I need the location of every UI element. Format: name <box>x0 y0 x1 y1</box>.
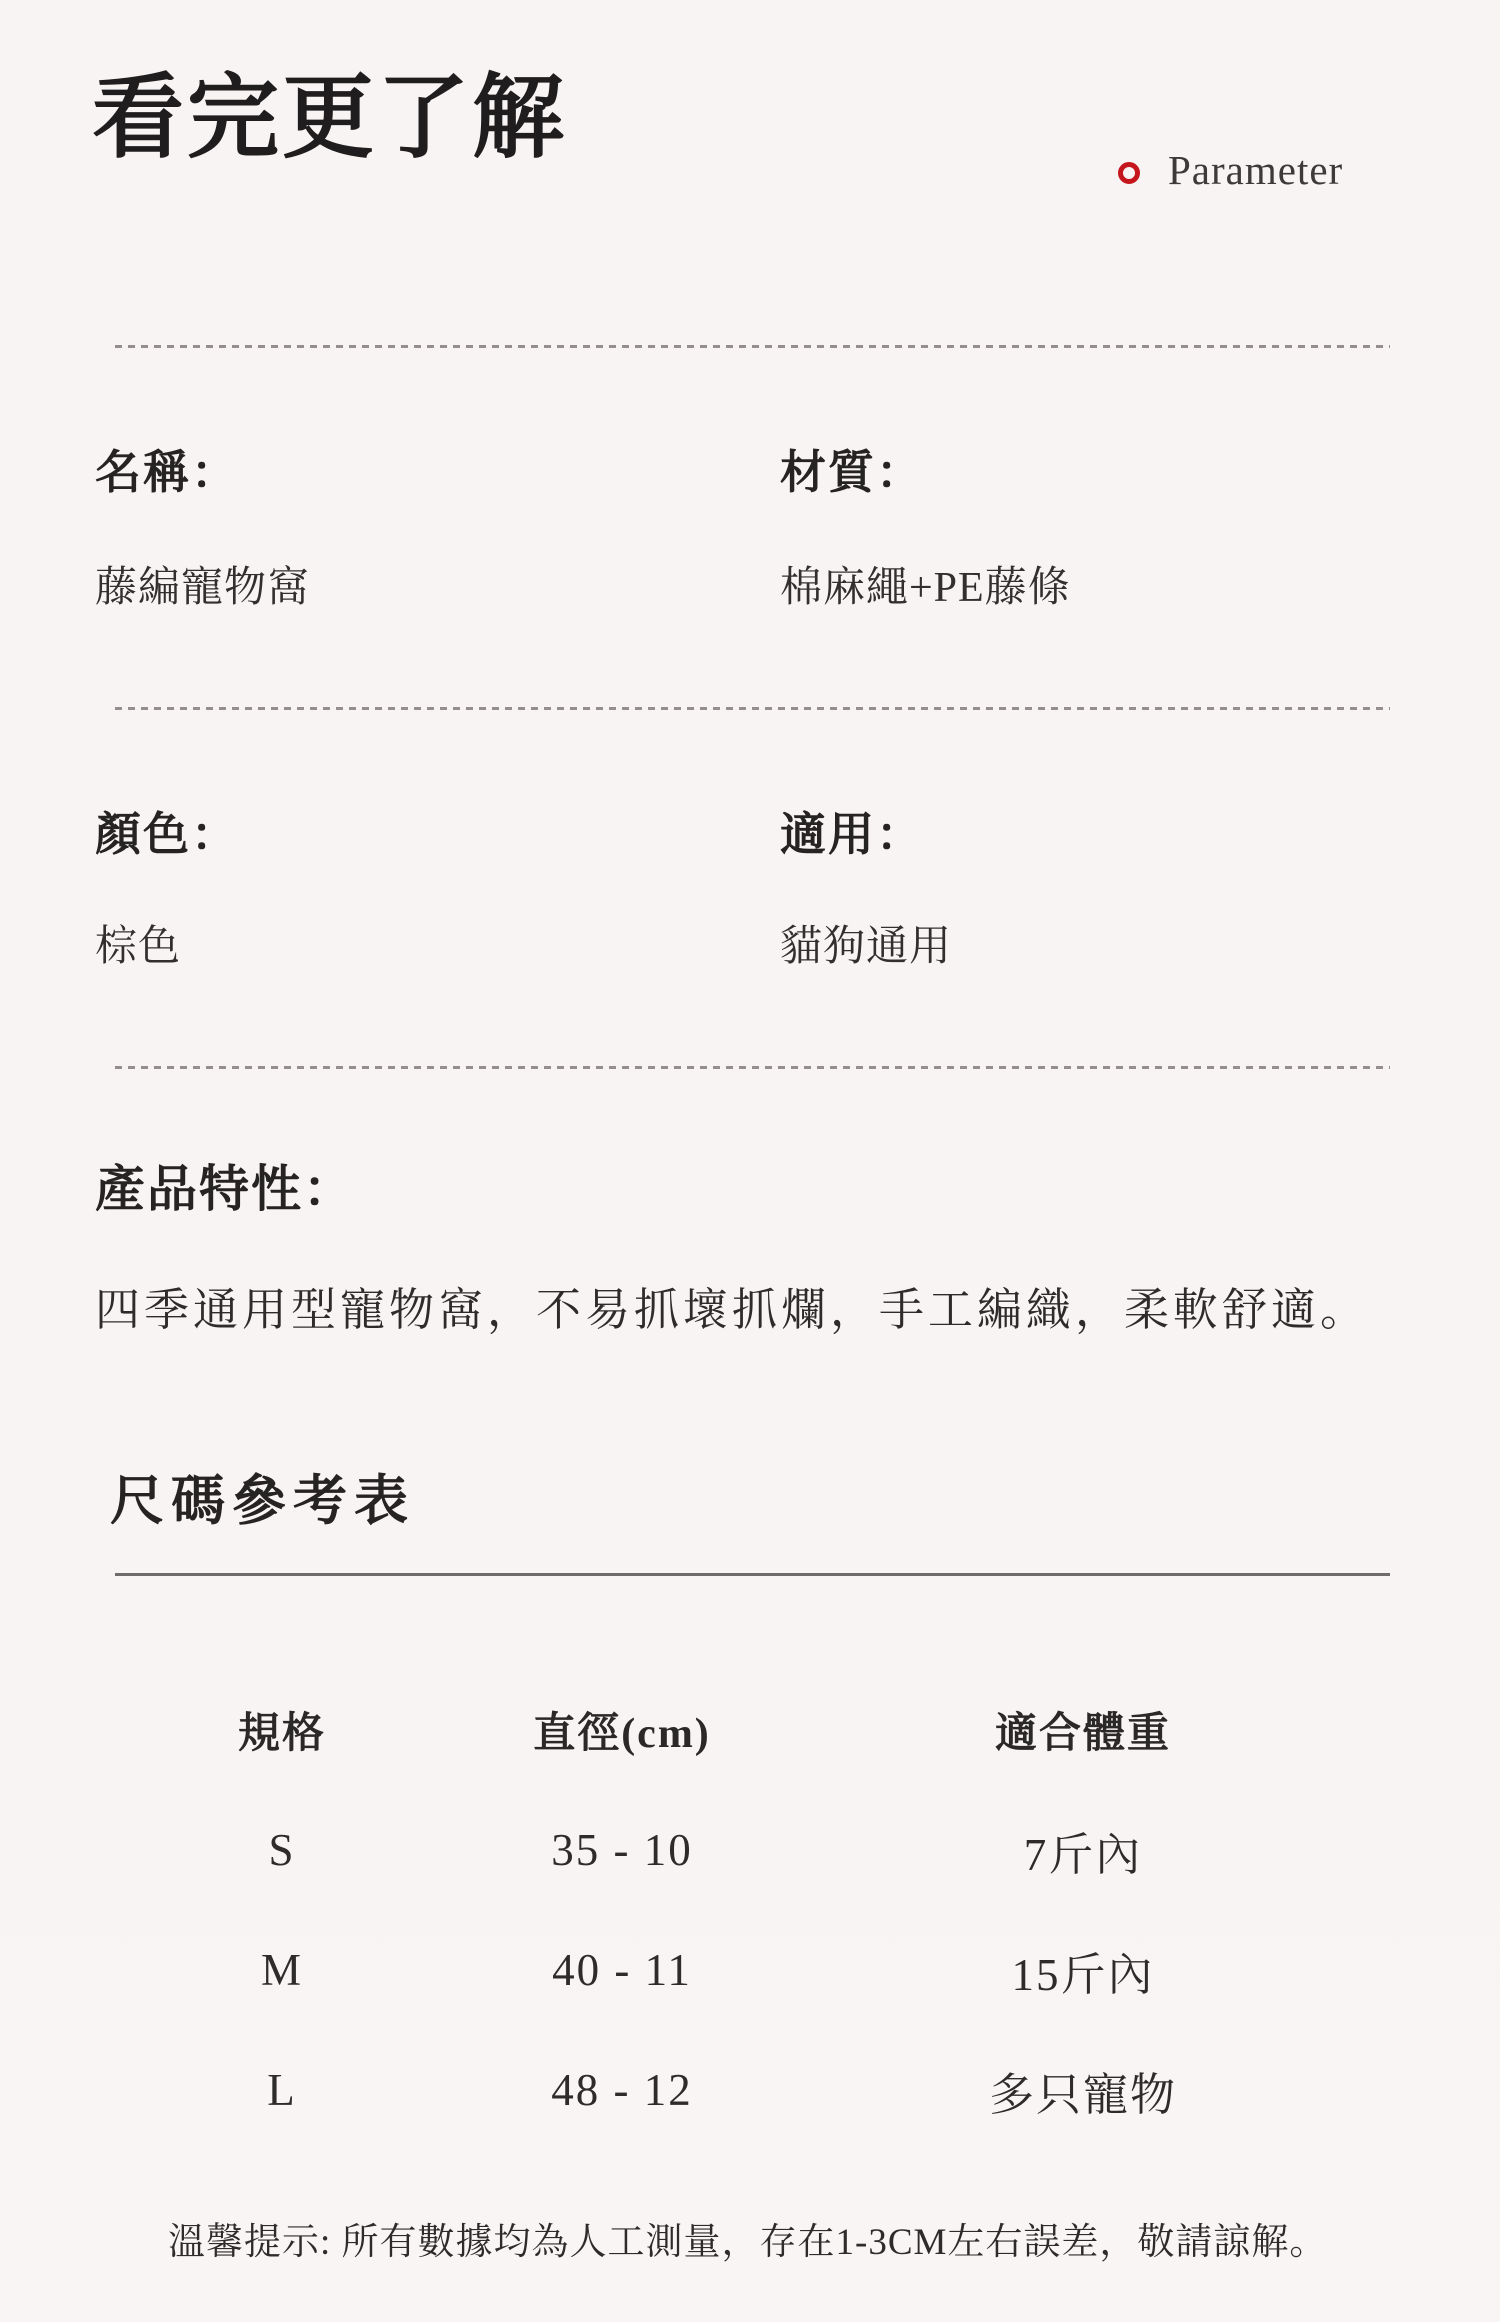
size-table-note: 溫馨提示: 所有數據均為人工測量，存在1-3CM左右誤差，敬請諒解。 <box>168 2224 1327 2261</box>
table-row-m-weight: 15斤內 <box>840 1942 1326 1998</box>
spec-name-value: 藤編寵物窩 <box>95 567 310 609</box>
product-parameter-page: 看完更了解 Parameter 名稱： 藤編寵物窩 材質： 棉麻繩+PE藤條 顏… <box>0 0 1500 2322</box>
table-row-l-spec: L <box>160 2062 404 2118</box>
table-row-m-diameter: 40 - 11 <box>404 1942 840 1998</box>
circle-ring-icon <box>1118 162 1140 184</box>
dashed-divider <box>115 707 1390 710</box>
spec-color-label: 顏色： <box>95 812 239 858</box>
parameter-tag-label: Parameter <box>1168 150 1343 191</box>
size-table-header-diameter: 直徑(cm) <box>404 1702 840 1758</box>
table-row-l-diameter: 48 - 12 <box>404 2062 840 2118</box>
spec-color-value: 棕色 <box>95 926 181 968</box>
features-paragraph: 四季通用型寵物窩，不易抓壞抓爛，手工編織，柔軟舒適。 <box>95 1288 1369 1333</box>
table-row-s-weight: 7斤內 <box>840 1822 1326 1878</box>
size-table-underline <box>115 1573 1390 1576</box>
spec-material-value: 棉麻繩+PE藤條 <box>780 567 1071 609</box>
dashed-divider <box>115 1066 1390 1069</box>
table-row-l-weight: 多只寵物 <box>840 2062 1326 2118</box>
spec-suitable-label: 適用： <box>780 812 924 858</box>
size-table-header-spec: 規格 <box>160 1702 404 1758</box>
table-row-s-spec: S <box>160 1822 404 1878</box>
spec-material-label: 材質： <box>780 450 924 496</box>
table-row-m-spec: M <box>160 1942 404 1998</box>
table-row-s-diameter: 35 - 10 <box>404 1822 840 1878</box>
size-table-header-weight: 適合體重 <box>840 1702 1326 1758</box>
features-heading: 產品特性： <box>95 1164 355 1214</box>
size-table-heading: 尺碼參考表 <box>110 1474 415 1528</box>
spec-name-label: 名稱： <box>95 450 239 496</box>
page-title: 看完更了解 <box>92 72 567 164</box>
size-table: 規格 直徑(cm) 適合體重 S 35 - 10 7斤內 M 40 - 11 1… <box>160 1702 1340 2118</box>
dashed-divider <box>115 345 1390 348</box>
spec-suitable-value: 貓狗通用 <box>780 926 952 968</box>
